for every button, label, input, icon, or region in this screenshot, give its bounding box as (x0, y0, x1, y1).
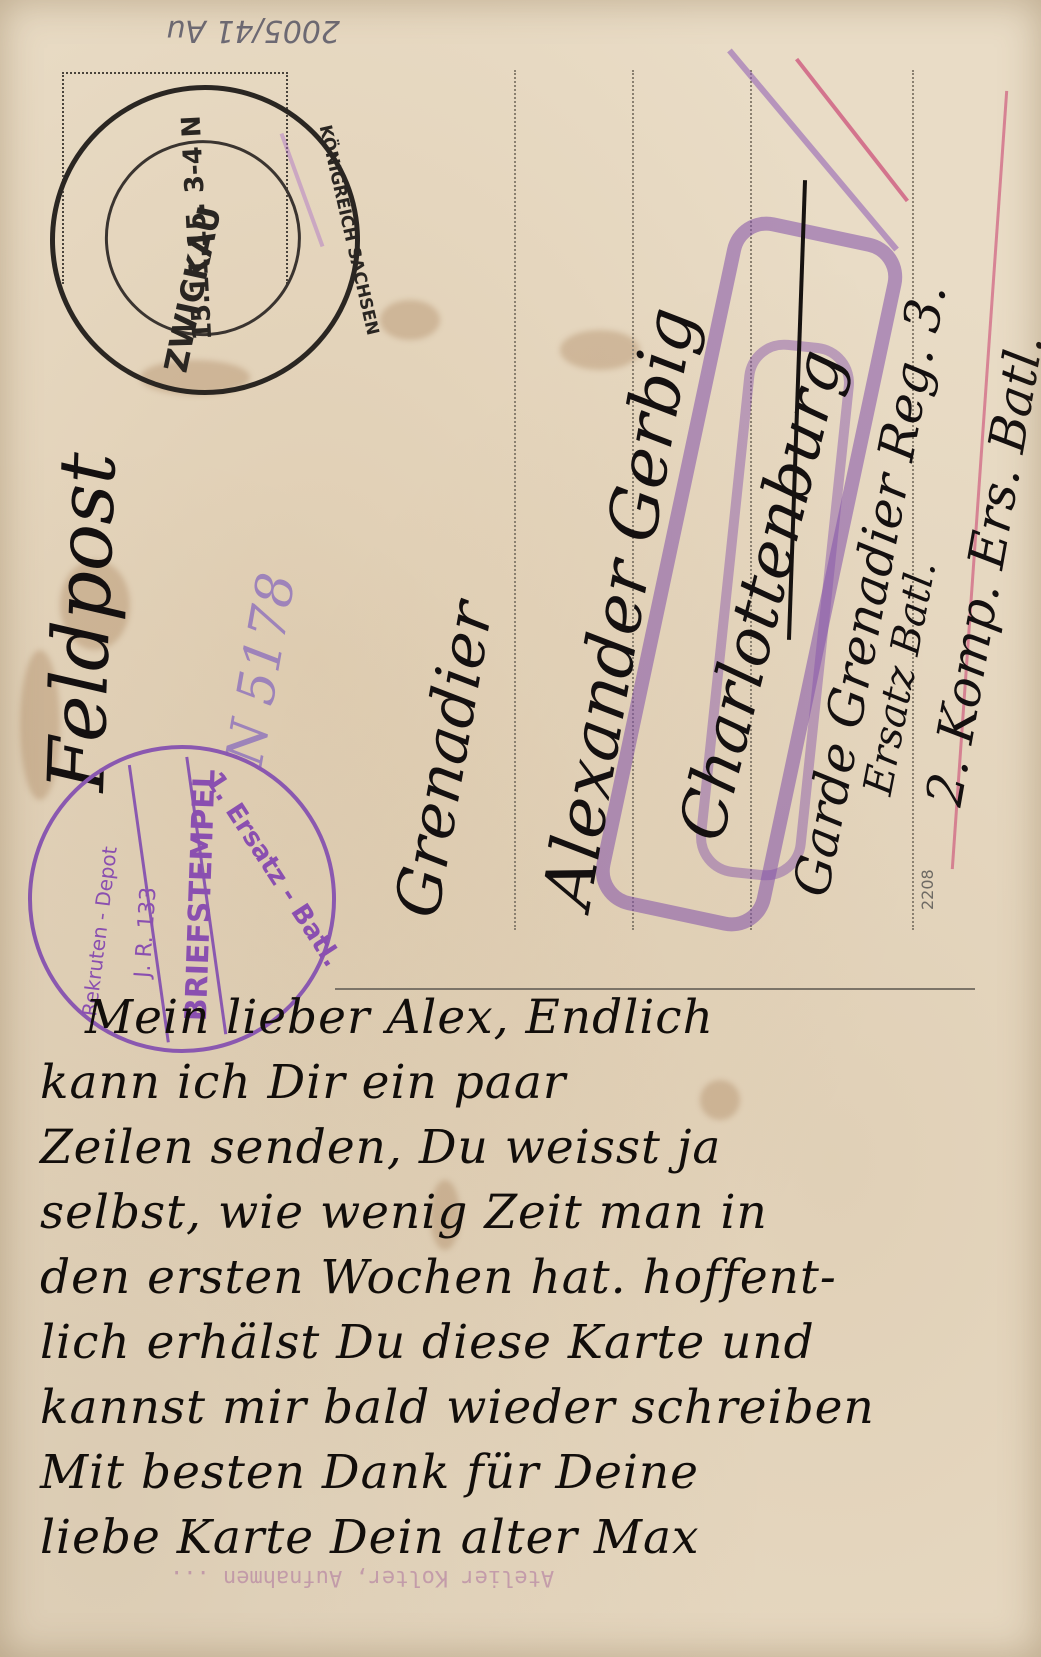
handwritten-message: Mein lieber Alex, Endlich kann ich Dir e… (40, 985, 1020, 1570)
postcard: 2005/41 Au ZWICKAU 15.11.15. 3-4 N KÖNIG… (0, 0, 1041, 1657)
address-line-1: Grenadier (380, 596, 507, 922)
address-guide-line (514, 70, 516, 930)
message-line: selbst, wie wenig Zeit man in (40, 1180, 1020, 1245)
unit-stamp-top-text: 1. Ersatz - Batl. (199, 767, 347, 973)
red-strike (795, 58, 909, 202)
pencil-notation: N 5178 (215, 569, 308, 771)
stain (380, 300, 440, 340)
message-line: den ersten Wochen hat. hoffent- (40, 1245, 1020, 1310)
archive-number: 2005/41 Au (166, 13, 340, 48)
message-line: lich erhälst Du diese Karte und (40, 1310, 1020, 1375)
postmark-region: KÖNIGREICH SACHSEN (315, 123, 383, 337)
message-line: Zeilen senden, Du weisst ja (40, 1115, 1020, 1180)
message-line: Mein lieber Alex, Endlich (40, 985, 1020, 1050)
message-line: kann ich Dir ein paar (40, 1050, 1020, 1115)
print-number: 2208 (918, 869, 937, 910)
message-line: liebe Karte Dein alter Max (40, 1505, 1020, 1570)
message-line: Mit besten Dank für Deine (40, 1440, 1020, 1505)
message-line: kannst mir bald wieder schreiben (40, 1375, 1020, 1440)
feldpost-header: Feldpost (32, 451, 134, 793)
